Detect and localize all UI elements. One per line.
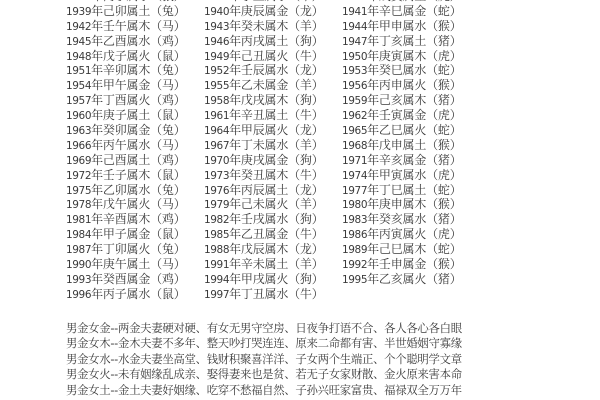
table-row: 1972年壬子属木（鼠）1973年癸丑属木（牛）1974年甲寅属水（虎） bbox=[66, 168, 546, 183]
table-row: 1981年辛酉属木（鸡）1982年壬戌属水（狗）1983年癸亥属水（猪） bbox=[66, 212, 546, 227]
year-entry: 1990年庚午属土（马） bbox=[66, 257, 204, 273]
year-entry: 1973年癸丑属木（牛） bbox=[204, 168, 342, 184]
year-entry: 1952年壬辰属水（龙） bbox=[204, 63, 342, 79]
verse-line: 男金女火--未有姻缘乱成亲、娶得妻来也是贫、若无子女家财散、金火原来害本命 bbox=[66, 367, 546, 382]
table-row: 1969年己酉属土（鸡）1970年庚戌属金（狗）1971年辛亥属金（猪） bbox=[66, 153, 546, 168]
table-row: 1990年庚午属土（马）1991年辛未属土（羊）1992年壬申属金（猴） bbox=[66, 257, 546, 272]
year-entry: 1991年辛未属土（羊） bbox=[204, 257, 342, 273]
year-entry: 1996年丙子属水（鼠） bbox=[66, 287, 204, 303]
year-entry: 1962年壬寅属金（虎） bbox=[342, 108, 480, 124]
year-entry: 1940年庚辰属金（龙） bbox=[204, 4, 342, 20]
year-entry: 1946年丙戌属土（狗） bbox=[204, 34, 342, 50]
year-entry: 1953年癸巳属水（蛇） bbox=[342, 63, 480, 79]
year-entry: 1957年丁酉属火（鸡） bbox=[66, 93, 204, 109]
table-row: 1957年丁酉属火（鸡）1958年戊戌属木（狗）1959年己亥属木（猪） bbox=[66, 93, 546, 108]
year-entry: 1994年甲戌属火（狗） bbox=[204, 272, 342, 288]
year-entry: 1969年己酉属土（鸡） bbox=[66, 153, 204, 169]
year-entry: 1944年甲申属水（猴） bbox=[342, 19, 480, 35]
year-entry: 1955年乙未属金（羊） bbox=[204, 78, 342, 94]
verse-line: 男金女土--金土夫妻好姻缘、吃穿不愁福自然、子孙兴旺家富贵、福禄双全万万年 bbox=[66, 383, 546, 398]
year-entry: 1945年乙酉属水（鸡） bbox=[66, 34, 204, 50]
year-entry: 1981年辛酉属木（鸡） bbox=[66, 212, 204, 228]
year-entry: 1992年壬申属金（猴） bbox=[342, 257, 480, 273]
table-row: 1948年戊子属火（鼠）1949年己丑属火（牛）1950年庚寅属木（虎） bbox=[66, 49, 546, 64]
year-entry: 1984年甲子属金（鼠） bbox=[66, 227, 204, 243]
year-entry: 1988年戊辰属木（龙） bbox=[204, 242, 342, 258]
table-row: 1954年甲午属金（马）1955年乙未属金（羊）1956年丙申属火（猴） bbox=[66, 78, 546, 93]
table-row: 1942年壬午属木（马）1943年癸未属木（羊）1944年甲申属水（猴） bbox=[66, 19, 546, 34]
table-row: 1975年乙卯属水（兔）1976年丙辰属土（龙）1977年丁巳属土（蛇） bbox=[66, 183, 546, 198]
year-entry: 1971年辛亥属金（猪） bbox=[342, 153, 480, 169]
year-entry: 1954年甲午属金（马） bbox=[66, 78, 204, 94]
year-entry: 1942年壬午属木（马） bbox=[66, 19, 204, 35]
year-entry: 1961年辛丑属土（牛） bbox=[204, 108, 342, 124]
marriage-verses: 男金女金--两金夫妻硬对硬、有女无男守空房、日夜争打语不合、各人各心各白眼 男金… bbox=[66, 321, 546, 398]
year-entry: 1985年乙丑属金（牛） bbox=[204, 227, 342, 243]
year-entry: 1970年庚戌属金（狗） bbox=[204, 153, 342, 169]
year-entry: 1989年己巳属木（蛇） bbox=[342, 242, 480, 258]
table-row: 1978年戊午属火（马）1979年己未属火（羊）1980年庚申属木（猴） bbox=[66, 197, 546, 212]
year-entry: 1982年壬戌属水（狗） bbox=[204, 212, 342, 228]
zodiac-year-table: 1936年丙子属水（鼠）1937年丁丑属水（牛）1938年戊寅属土（虎） 193… bbox=[66, 0, 546, 302]
year-entry: 1951年辛卯属木（兔） bbox=[66, 63, 204, 79]
table-row: 1951年辛卯属木（兔）1952年壬辰属水（龙）1953年癸巳属水（蛇） bbox=[66, 63, 546, 78]
table-row: 1960年庚子属土（鼠）1961年辛丑属土（牛）1962年壬寅属金（虎） bbox=[66, 108, 546, 123]
verse-line: 男金女金--两金夫妻硬对硬、有女无男守空房、日夜争打语不合、各人各心各白眼 bbox=[66, 321, 546, 336]
year-entry: 1987年丁卯属火（兔） bbox=[66, 242, 204, 258]
table-row: 1966年丙午属水（马）1967年丁未属水（羊）1968年戊申属土（猴） bbox=[66, 138, 546, 153]
year-entry: 1993年癸酉属金（鸡） bbox=[66, 272, 204, 288]
year-entry: 1967年丁未属水（羊） bbox=[204, 138, 342, 154]
year-entry: 1972年壬子属木（鼠） bbox=[66, 168, 204, 184]
table-row: 1993年癸酉属金（鸡）1994年甲戌属火（狗）1995年乙亥属火（猪） bbox=[66, 272, 546, 287]
year-entry: 1960年庚子属土（鼠） bbox=[66, 108, 204, 124]
year-entry: 1968年戊申属土（猴） bbox=[342, 138, 480, 154]
year-entry: 1959年己亥属木（猪） bbox=[342, 93, 480, 109]
verse-line: 男金女木--金木夫妻不多年、整天吵打哭连连、原来二命都有害、半世婚姻守寡缘 bbox=[66, 336, 546, 351]
year-entry: 1997年丁丑属水（牛） bbox=[204, 287, 342, 303]
year-entry: 1963年癸卯属金（兔） bbox=[66, 123, 204, 139]
table-row: 1984年甲子属金（鼠）1985年乙丑属金（牛）1986年丙寅属火（虎） bbox=[66, 227, 546, 242]
year-entry: 1947年丁亥属土（猪） bbox=[342, 34, 480, 50]
year-entry: 1979年己未属火（羊） bbox=[204, 197, 342, 213]
year-entry: 1958年戊戌属木（狗） bbox=[204, 93, 342, 109]
year-entry: 1966年丙午属水（马） bbox=[66, 138, 204, 154]
table-row: 1987年丁卯属火（兔）1988年戊辰属木（龙）1989年己巳属木（蛇） bbox=[66, 242, 546, 257]
table-row: 1939年己卯属土（兔）1940年庚辰属金（龙）1941年辛巳属金（蛇） bbox=[66, 4, 546, 19]
year-entry: 1986年丙寅属火（虎） bbox=[342, 227, 480, 243]
year-entry: 1964年甲辰属火（龙） bbox=[204, 123, 342, 139]
year-entry: 1965年乙巳属火（蛇） bbox=[342, 123, 480, 139]
year-entry: 1943年癸未属木（羊） bbox=[204, 19, 342, 35]
table-row: 1963年癸卯属金（兔）1964年甲辰属火（龙）1965年乙巳属火（蛇） bbox=[66, 123, 546, 138]
year-entry: 1983年癸亥属水（猪） bbox=[342, 212, 480, 228]
table-row: 1996年丙子属水（鼠）1997年丁丑属水（牛） bbox=[66, 287, 546, 302]
year-entry: 1978年戊午属火（马） bbox=[66, 197, 204, 213]
year-entry: 1956年丙申属火（猴） bbox=[342, 78, 480, 94]
year-entry: 1980年庚申属木（猴） bbox=[342, 197, 480, 213]
year-entry: 1995年乙亥属火（猪） bbox=[342, 272, 480, 288]
verse-line: 男金女水--水金夫妻坐高堂、钱财积聚喜洋洋、子女两个生端正、个个聪明学文章 bbox=[66, 352, 546, 367]
year-entry: 1939年己卯属土（兔） bbox=[66, 4, 204, 20]
year-entry: 1974年甲寅属水（虎） bbox=[342, 168, 480, 184]
year-entry: 1941年辛巳属金（蛇） bbox=[342, 4, 480, 20]
table-row: 1945年乙酉属水（鸡）1946年丙戌属土（狗）1947年丁亥属土（猪） bbox=[66, 34, 546, 49]
